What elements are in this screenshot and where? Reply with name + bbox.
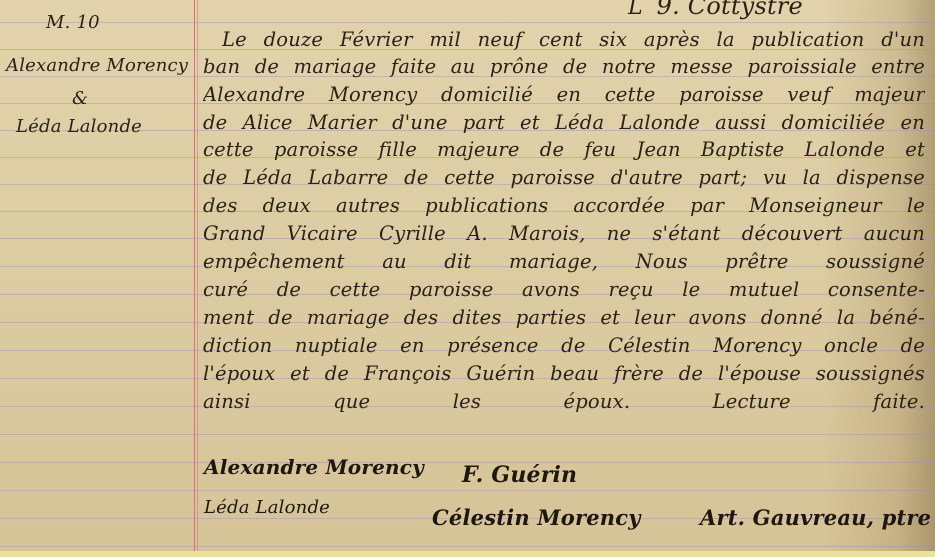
- body-line-9: empêchement au dit mariage, Nous prêtre …: [203, 249, 925, 275]
- body-line-11: ment de mariage des dites parties et leu…: [203, 305, 925, 331]
- body-line-4: de Alice Marier d'une part et Léda Lalon…: [203, 110, 925, 136]
- body-line-7: des deux autres publications accordée pa…: [203, 193, 925, 219]
- signature-witness-morency: Célestin Morency: [432, 505, 641, 530]
- ruled-line: [0, 434, 935, 435]
- margin-bride-name: Léda Lalonde: [16, 116, 142, 137]
- signature-priest: Art. Gauvreau, ptre: [700, 505, 931, 530]
- header-annotation-prefix: L: [628, 0, 643, 20]
- body-line-13: l'époux et de François Guérin beau frère…: [203, 361, 925, 387]
- body-line-12: diction nuptiale en présence de Célestin…: [203, 333, 925, 359]
- body-line-10: curé de cette paroisse avons reçu le mut…: [203, 277, 925, 303]
- signature-witness-guerin: F. Guérin: [462, 462, 577, 488]
- header-annotation-text: 9. Cottystre: [657, 0, 803, 20]
- body-line-1: Le douze Février mil neuf cent six après…: [222, 27, 925, 53]
- body-line-5: cette paroisse fille majeure de feu Jean…: [203, 137, 925, 163]
- register-page: L 9. Cottystre M. 10 Alexandre Morency &…: [0, 0, 935, 551]
- body-line-6: de Léda Labarre de cette paroisse d'autr…: [203, 165, 925, 191]
- margin-line: [194, 0, 195, 551]
- ruled-line: [0, 22, 935, 23]
- signature-groom: Alexandre Morency: [204, 455, 424, 479]
- ruled-line: [0, 546, 935, 547]
- body-line-2: ban de mariage faite au prône de notre m…: [203, 54, 925, 80]
- margin-conjunction: &: [72, 88, 88, 109]
- margin-groom-name: Alexandre Morency: [6, 55, 188, 76]
- signature-bride: Léda Lalonde: [204, 497, 330, 518]
- body-line-3: Alexandre Morency domicilié en cette par…: [203, 82, 925, 108]
- header-annotation: L 9. Cottystre: [628, 0, 803, 20]
- ruled-line: [0, 490, 935, 491]
- margin-line-secondary: [197, 0, 198, 551]
- body-line-8: Grand Vicaire Cyrille A. Marois, ne s'ét…: [203, 221, 925, 247]
- body-line-14: ainsi que les époux. Lecture faite.: [203, 389, 925, 415]
- page-bottom-edge: [0, 551, 935, 557]
- entry-number: M. 10: [46, 12, 100, 33]
